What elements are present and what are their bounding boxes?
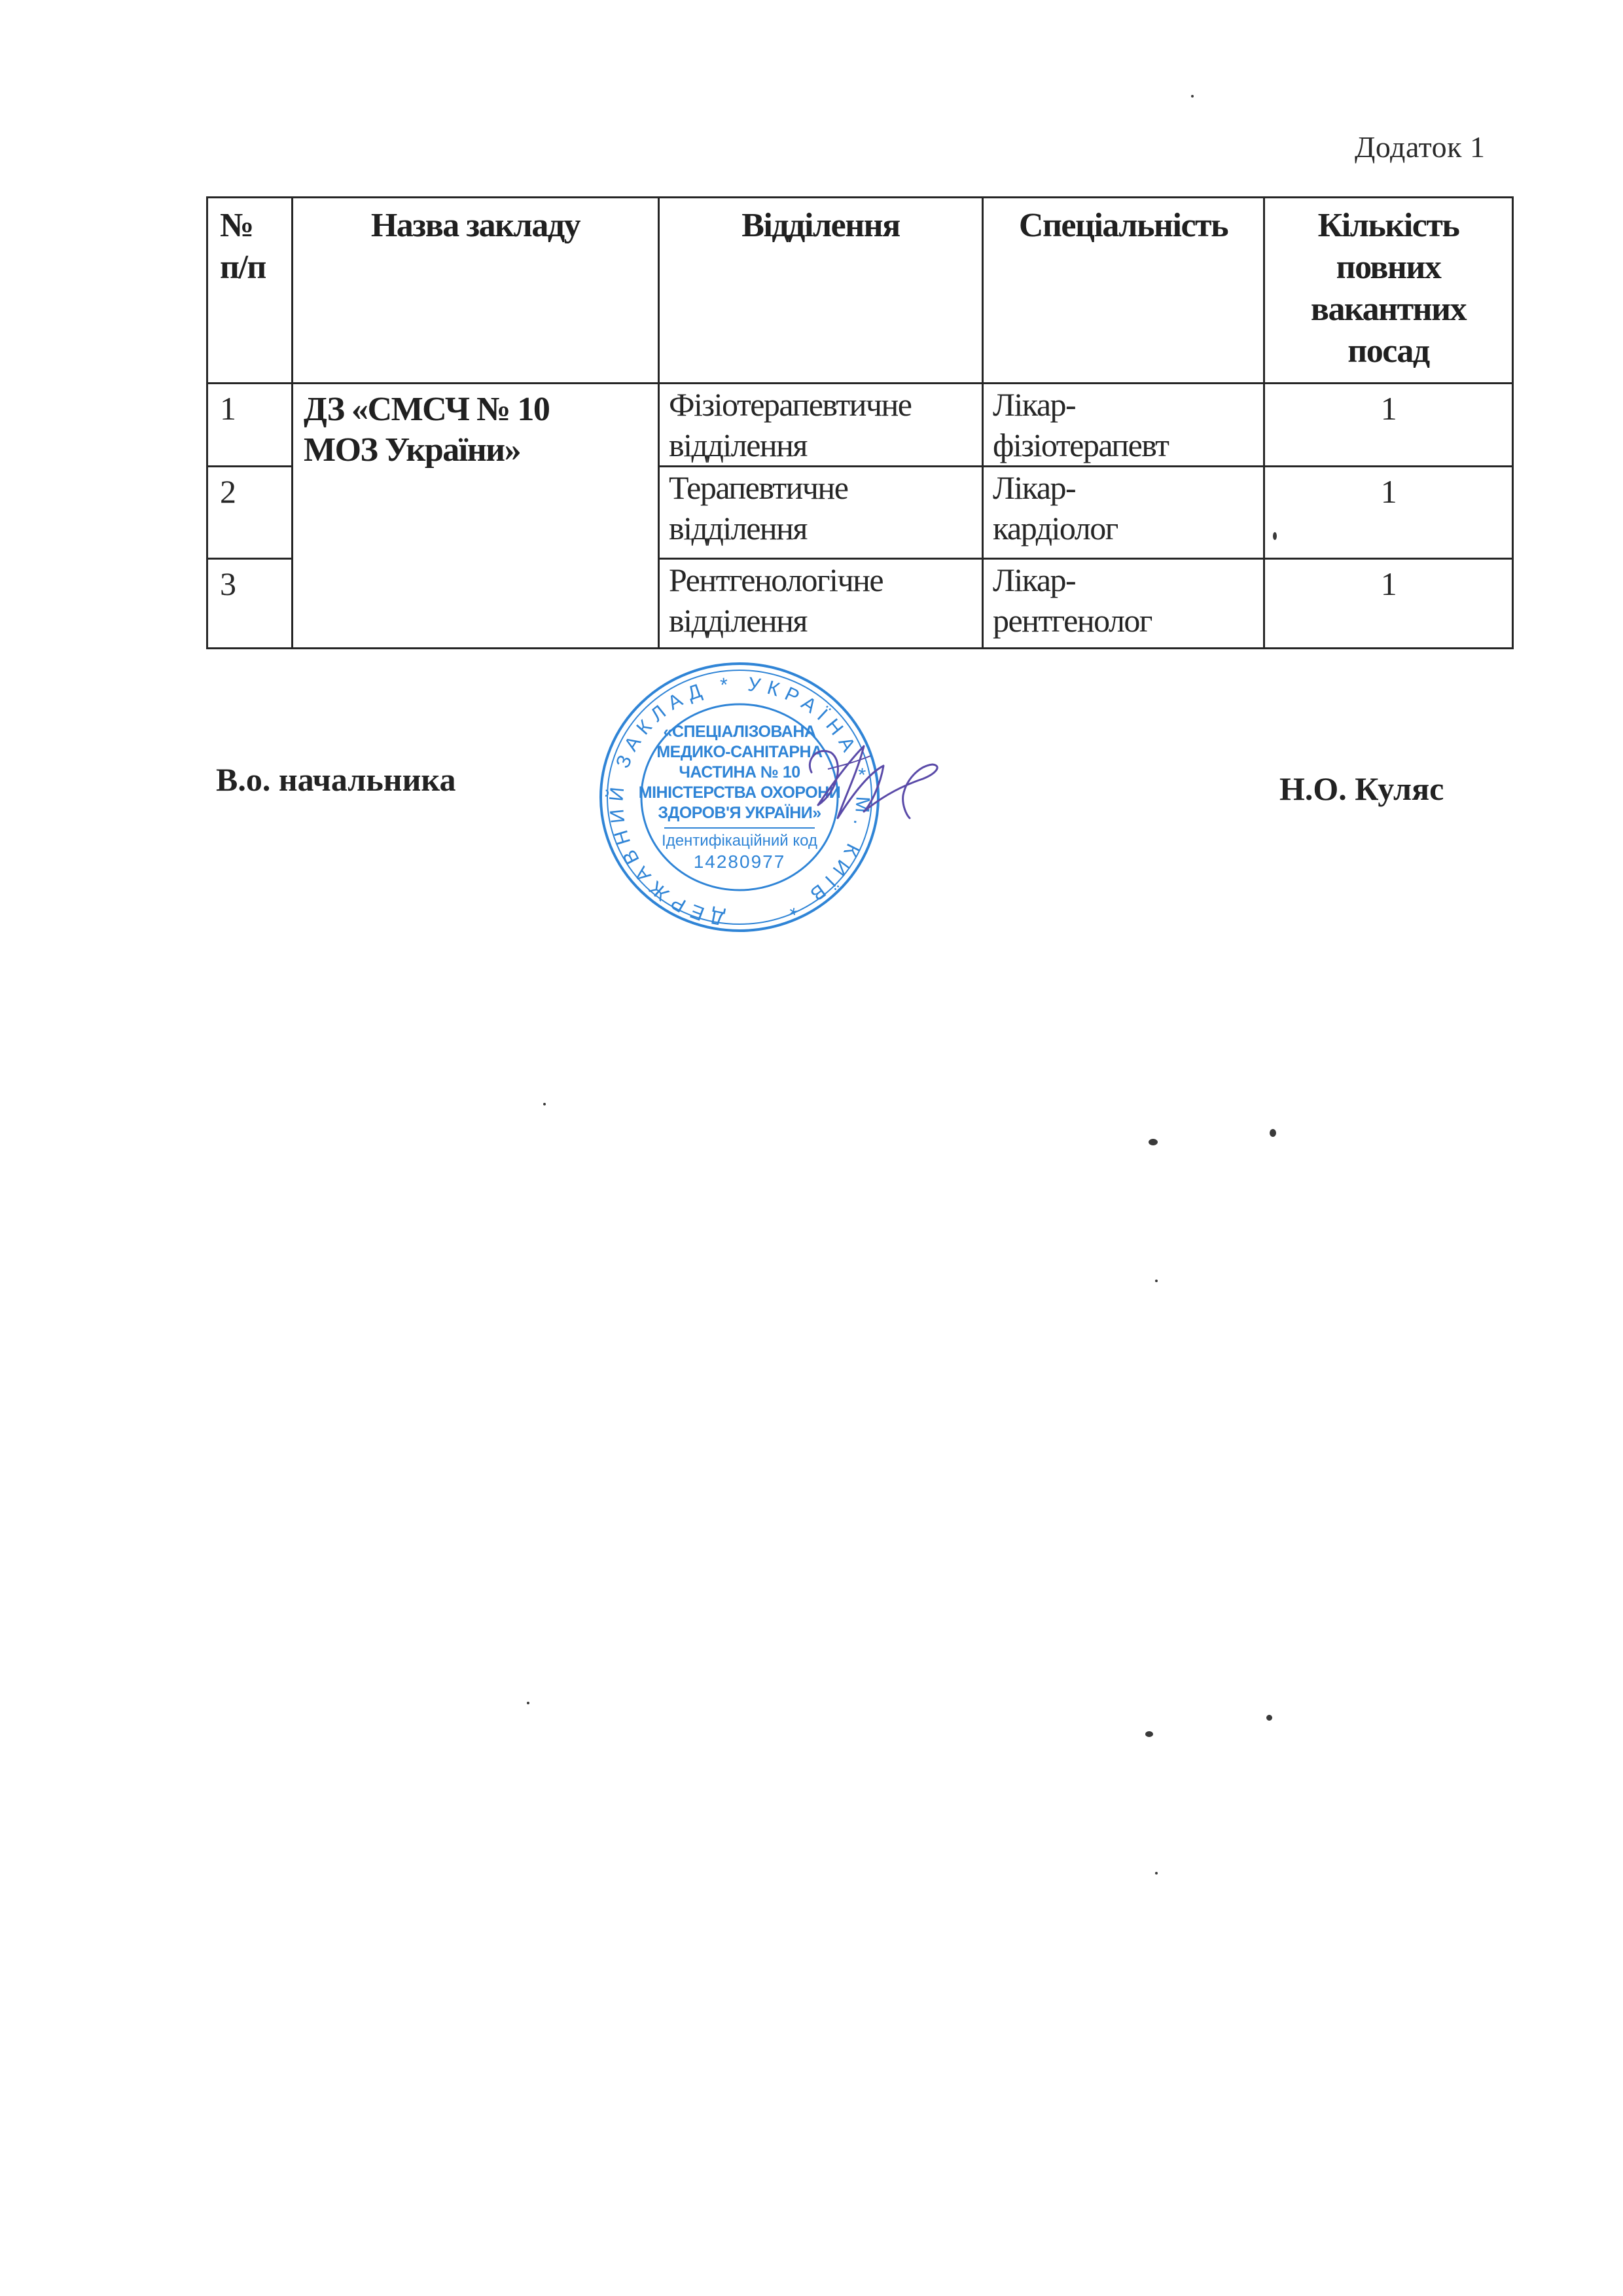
header-institution: Назва закладу bbox=[293, 198, 659, 384]
signatory-position: В.о. начальника bbox=[216, 761, 455, 798]
specialty-cell: Лікар- фізіотерапевт bbox=[983, 384, 1264, 467]
table-row: 1 ДЗ «СМСЧ № 10 МОЗ України» Фізіотерапе… bbox=[207, 384, 1513, 467]
scan-speck bbox=[1270, 1129, 1276, 1137]
handwritten-signature-icon bbox=[792, 733, 955, 831]
stamp-line: ЧАСТИНА № 10 bbox=[679, 762, 800, 783]
scan-speck bbox=[1155, 1872, 1158, 1874]
department-cell: Фізіотерапевтичне відділення bbox=[659, 384, 983, 467]
department-cell: Терапевтичне відділення bbox=[659, 467, 983, 559]
stamp-id-label: Ідентифікаційний код bbox=[662, 831, 817, 851]
annex-label: Додаток 1 bbox=[1355, 130, 1486, 164]
scan-speck bbox=[1155, 1280, 1158, 1282]
scan-speck bbox=[1191, 95, 1194, 98]
header-specialty: Спеціальність bbox=[983, 198, 1264, 384]
specialty-cell: Лікар- рентгенолог bbox=[983, 559, 1264, 649]
vacancy-count-cell: 1 bbox=[1264, 559, 1513, 649]
table-header-row: № п/п Назва закладу Відділення Спеціальн… bbox=[207, 198, 1513, 384]
signatory-name: Н.О. Куляс bbox=[1279, 770, 1444, 808]
specialty-cell: Лікар- кардіолог bbox=[983, 467, 1264, 559]
vacancy-count-cell: 1 bbox=[1264, 467, 1513, 559]
scan-speck bbox=[1149, 1139, 1158, 1145]
scan-speck bbox=[1273, 532, 1277, 540]
scan-speck bbox=[1266, 1715, 1272, 1721]
stamp-id-code: 14280977 bbox=[694, 851, 786, 873]
scan-speck bbox=[1145, 1731, 1153, 1737]
scan-speck bbox=[527, 1702, 529, 1704]
header-department: Відділення bbox=[659, 198, 983, 384]
row-number: 1 bbox=[207, 384, 293, 467]
row-number: 2 bbox=[207, 467, 293, 559]
institution-name: ДЗ «СМСЧ № 10 МОЗ України» bbox=[293, 384, 659, 649]
row-number: 3 bbox=[207, 559, 293, 649]
scan-speck bbox=[543, 1103, 546, 1105]
header-number: № п/п bbox=[207, 198, 293, 384]
department-cell: Рентгенологічне відділення bbox=[659, 559, 983, 649]
vacancies-table: № п/п Назва закладу Відділення Спеціальн… bbox=[206, 196, 1514, 649]
header-vacancy-count: Кількість повних вакантних посад bbox=[1264, 198, 1513, 384]
vacancy-count-cell: 1 bbox=[1264, 384, 1513, 467]
